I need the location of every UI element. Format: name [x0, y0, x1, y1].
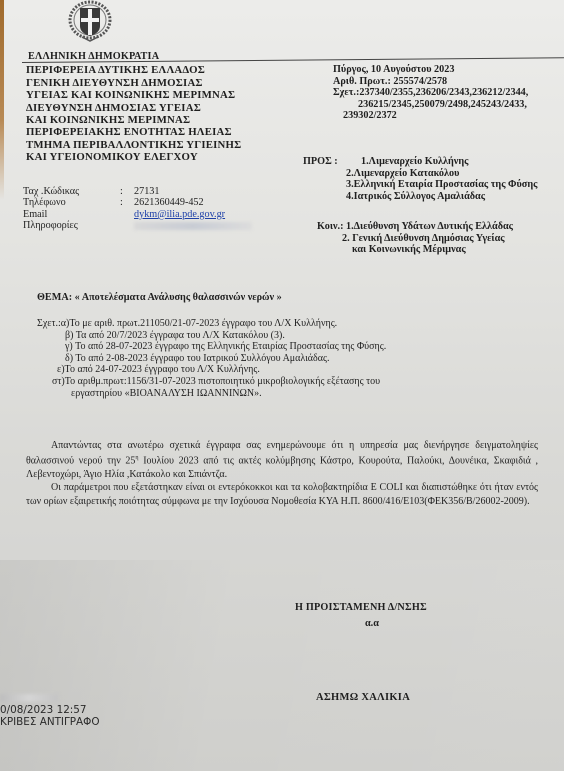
reference-item: εργαστηρίου «ΒΙΟΑΝΑΛΥΣΗ ΙΩΑΝΝΙΝΩΝ».	[37, 388, 386, 400]
recipients-to: ΠΡΟΣ : 1.Λιμεναρχείο Κυλλήνης 2.Λιμεναρχ…	[303, 156, 537, 202]
related-line: 236215/2345,250079/2498,245243/2433,	[333, 99, 528, 111]
references-list: Σχετ.:α)Το με αριθ. πρωτ.211050/21-07-20…	[37, 318, 386, 399]
reference-item: ε)Το από 24-07-2023 έγγραφο του Λ/Χ Κυλλ…	[37, 364, 386, 376]
stamp-datetime: 0/08/2023 12:57	[0, 704, 100, 716]
redacted-stamp-line	[0, 694, 58, 702]
issuing-authority: ΕΛΛΗΝΙΚΗ ΔΗΜΟΚΡΑΤΙΑ ΠΕΡΙΦΕΡΕΙΑ ΔΥΤΙΚΗΣ Ε…	[26, 51, 241, 164]
authority-line: ΥΓΕΙΑΣ ΚΑΙ ΚΟΙΝΩΝΙΚΗΣ ΜΕΡΙΜΝΑΣ	[26, 89, 241, 101]
greek-emblem-icon	[64, 0, 116, 42]
to-label: ΠΡΟΣ :	[303, 156, 361, 168]
recipient: 2.Λιμεναρχείο Κατακόλου	[303, 168, 537, 180]
document-info: Πύργος, 10 Αυγούστου 2023 Αριθ. Πρωτ.: 2…	[333, 64, 528, 122]
country-name: ΕΛΛΗΝΙΚΗ ΔΗΜΟΚΡΑΤΙΑ	[26, 51, 241, 63]
cc-recipient: και Κοινωνικής Μέριμνας	[317, 244, 513, 256]
copy-stamp: 0/08/2023 12:57 ΚΡΙΒΕΣ ΑΝΤΙΓΡΑΦΟ	[0, 694, 100, 728]
authority-line: ΠΕΡΙΦΕΡΕΙΑΚΗΣ ΕΝΟΤΗΤΑΣ ΗΛΕΙΑΣ	[26, 126, 241, 138]
authority-line: ΤΜΗΜΑ ΠΕΡΙΒΑΛΛΟΝΤΙΚΗΣ ΥΓΙΕΙΝΗΣ	[26, 139, 241, 151]
stamp-copy-label: ΚΡΙΒΕΣ ΑΝΤΙΓΡΑΦΟ	[0, 716, 100, 728]
info-label: Πληροφορίες	[23, 220, 120, 231]
reference-item: β) Τα από 20/7/2023 έγγραφα του Λ/Χ Κατα…	[37, 330, 386, 342]
contact-details: Ταχ .Κώδικας : 27131 Τηλέφωνο : 26213604…	[23, 186, 252, 232]
email-label: Email	[23, 209, 120, 220]
phone-label: Τηλέφωνο	[23, 197, 120, 208]
separator: :	[120, 197, 134, 208]
reference-item: Σχετ.:α)Το με αριθ. πρωτ.211050/21-07-20…	[37, 318, 386, 330]
separator: :	[120, 186, 134, 197]
signatory-name: ΑΣΗΜΩ ΧΑΛΙΚΙΑ	[316, 692, 410, 703]
recipient: 3.Ελληνική Εταιρία Προστασίας της Φύσης	[303, 179, 537, 191]
body-paragraph: Οι παράμετροι που εξετάστηκαν είναι οι ε…	[26, 481, 538, 508]
separator	[120, 220, 134, 231]
redacted-info	[134, 222, 252, 230]
subject-line: ΘΕΜΑ: « Αποτελέσματα Ανάλυσης θαλασσινών…	[37, 292, 282, 303]
recipients-cc: Κοιν.: 1.Διεύθυνση Υδάτων Δυτικής Ελλάδα…	[317, 221, 513, 256]
signatory-title: Η ΠΡΟΙΣΤΑΜΕΝΗ Δ/ΝΣΗΣ	[295, 602, 427, 613]
authority-line: ΠΕΡΙΦΕΡΕΙΑ ΔΥΤΙΚΗΣ ΕΛΛΑΔΟΣ	[26, 64, 241, 76]
email-link[interactable]: dykm@ilia.pde.gov.gr	[134, 209, 225, 220]
reference-item: στ)Το αριθμ.πρωτ:1156/31-07-2023 πιστοπο…	[37, 376, 386, 388]
on-behalf-mark: α.α	[365, 618, 379, 629]
separator	[120, 209, 134, 220]
authority-line: ΚΑΙ ΚΟΙΝΩΝΙΚΗΣ ΜΕΡΙΜΝΑΣ	[26, 114, 241, 126]
related-line: Σχετ.:237340/2355,236206/2343,236212/234…	[333, 87, 528, 99]
postal-code-value: 27131	[134, 186, 159, 197]
photo-shadow	[0, 560, 564, 771]
reference-item: δ) Το από 2-08-2023 έγγραφο του Ιατρικού…	[37, 353, 386, 365]
authority-line: ΔΙΕΥΘΥΝΣΗ ΔΗΜΟΣΙΑΣ ΥΓΕΙΑΣ	[26, 102, 241, 114]
protocol-number: Αριθ. Πρωτ.: 255574/2578	[333, 76, 528, 88]
authority-line: ΚΑΙ ΥΓΕΙΟΝΟΜΙΚΟΥ ΕΛΕΓΧΟΥ	[26, 151, 241, 163]
related-line: 239302/2372	[333, 110, 528, 122]
postal-code-label: Ταχ .Κώδικας	[23, 186, 120, 197]
recipient: 1.Λιμεναρχείο Κυλλήνης	[361, 156, 468, 168]
cc-recipient: 1.Διεύθυνση Υδάτων Δυτικής Ελλάδας	[346, 221, 513, 232]
cc-recipient: 2. Γενική Διεύθυνση Δημόσιας Υγείας	[317, 233, 513, 245]
body-paragraph: Απαντώντας στα ανωτέρω σχετικά έγγραφα σ…	[26, 439, 538, 481]
recipient: 4.Ιατρικός Σύλλογος Αμαλιάδας	[303, 191, 537, 203]
cc-label: Κοιν.:	[317, 221, 343, 232]
phone-value: 2621360449-452	[134, 197, 204, 208]
paper-edge	[0, 0, 4, 200]
letter-body: Απαντώντας στα ανωτέρω σχετικά έγγραφα σ…	[26, 439, 538, 508]
place-date: Πύργος, 10 Αυγούστου 2023	[333, 64, 528, 76]
authority-line: ΓΕΝΙΚΗ ΔΙΕΥΘΥΝΣΗ ΔΗΜΟΣΙΑΣ	[26, 77, 241, 89]
reference-item: γ) Το από 28-07-2023 έγγραφο της Ελληνικ…	[37, 341, 386, 353]
